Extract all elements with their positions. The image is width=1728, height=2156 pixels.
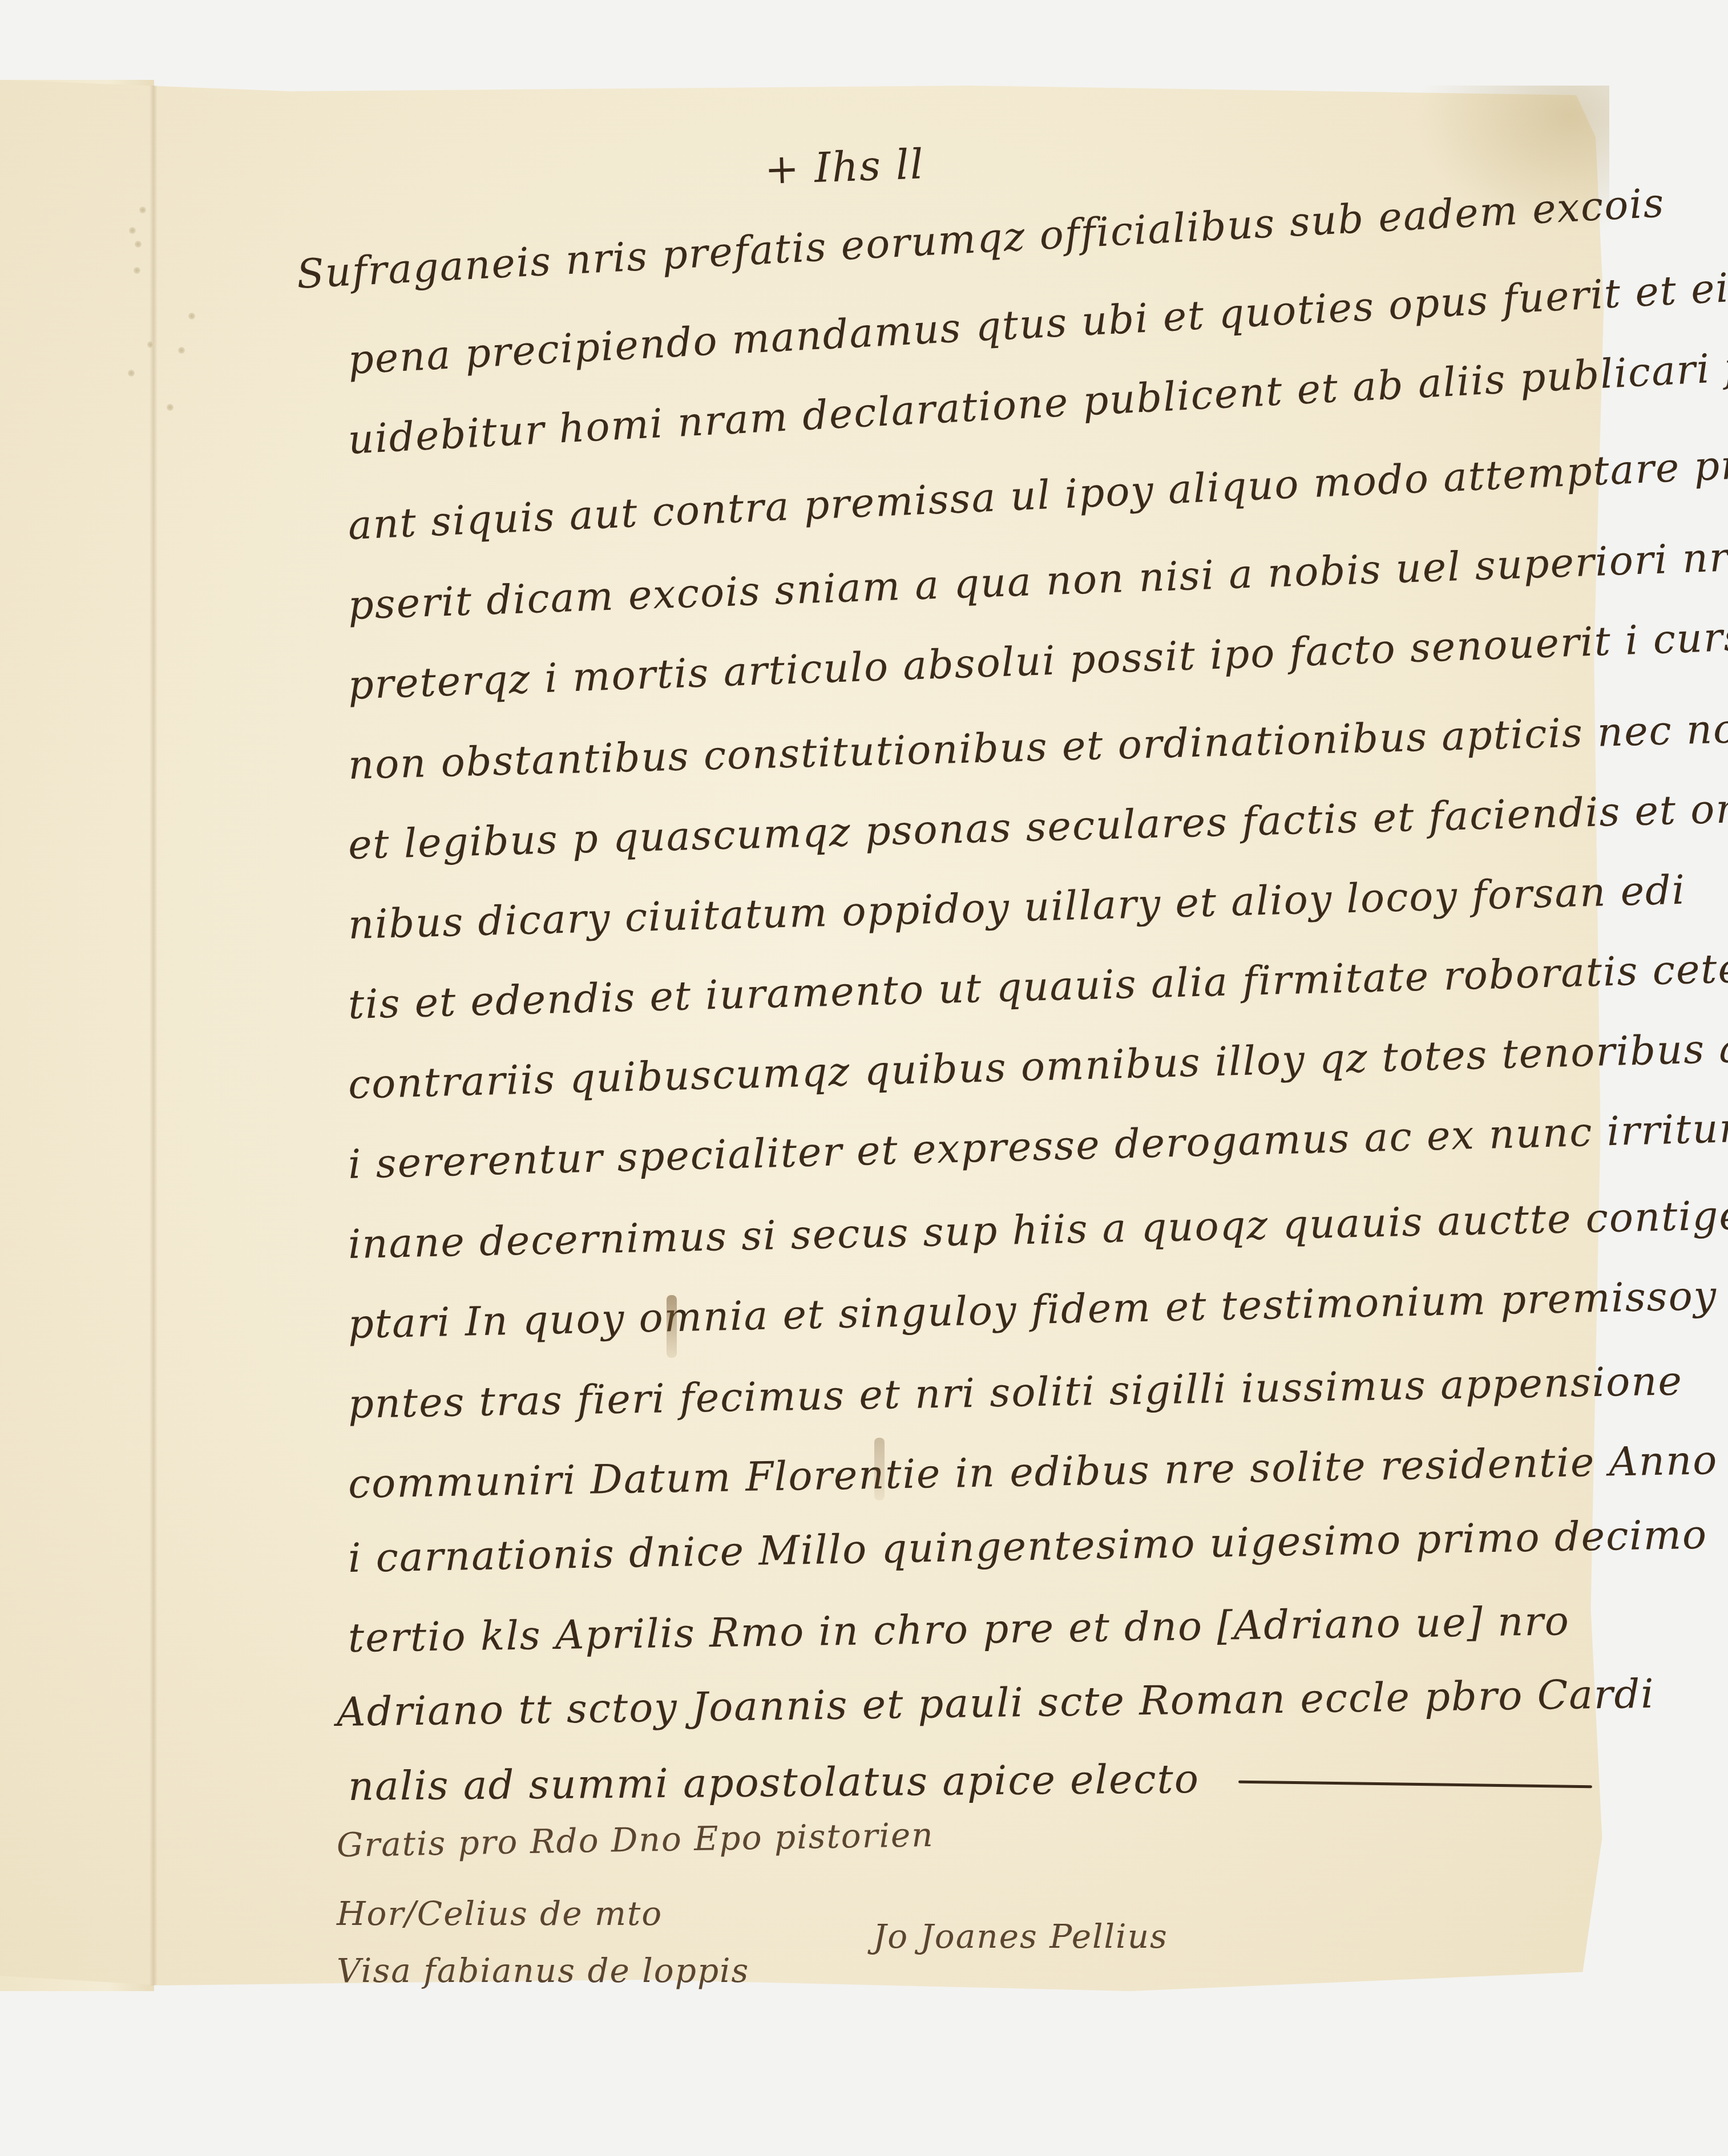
stitch-hole (147, 341, 154, 348)
binding-fold (150, 86, 158, 1985)
stitch-hole (129, 227, 136, 234)
stitch-hole (167, 404, 173, 411)
ink-stain (874, 1438, 885, 1500)
stitch-hole (178, 347, 185, 354)
ink-stain (667, 1295, 677, 1358)
stitch-hole (128, 370, 135, 377)
stitch-hole (188, 313, 195, 319)
stitch-hole (139, 207, 146, 213)
heading-mark: + Ihs ll (764, 140, 926, 193)
subscription-celius: Hor/Celius de mto (337, 1894, 663, 1933)
subscription-visa-fabianus: Visa fabianus de loppis (337, 1951, 749, 1990)
stitch-hole (135, 241, 142, 248)
subscription-pellius: Jo Joanes Pellius (873, 1917, 1168, 1956)
text-line: nalis ad summi apostolatus apice electo (348, 1755, 1200, 1810)
stitch-hole (134, 267, 140, 274)
